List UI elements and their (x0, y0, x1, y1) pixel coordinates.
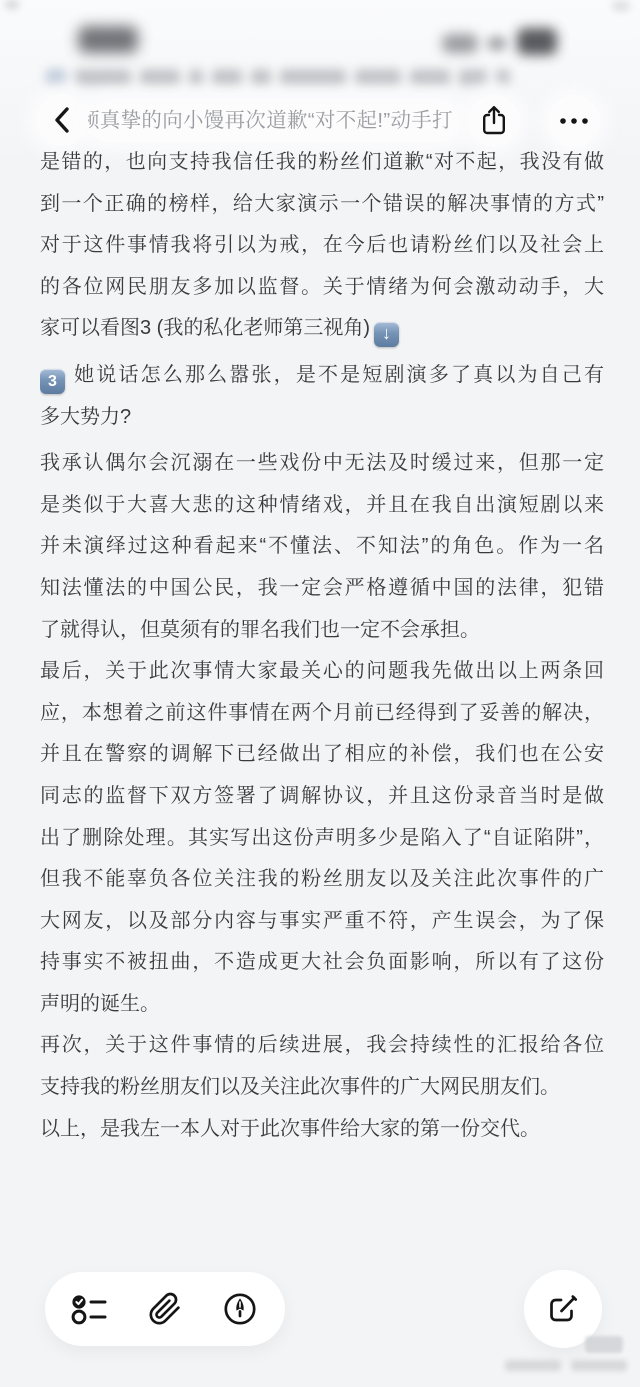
text-line: 知法懂法的中国公民，我一定会严格遵循中国的法律，犯错 (40, 568, 604, 610)
back-button[interactable] (36, 94, 88, 146)
text-line: 大网友，以及部分内容与事实严重不符，产生误会，为了保 (40, 901, 604, 943)
text-run: 但我不能辜负各位关注我的粉丝朋友以及关注此次事件的广 (40, 868, 604, 890)
text-run: 是类似于大喜大悲的这种情绪戏，并且在我自出演短剧以来 (40, 494, 604, 516)
note-title: 频真挚的向小馒再次道歉“对不起!”动手打 (88, 99, 460, 143)
text-line: 是类似于大喜大悲的这种情绪戏，并且在我自出演短剧以来 (40, 485, 604, 527)
text-run: 知法懂法的中国公民，我一定会严格遵循中国的法律，犯错 (40, 577, 604, 599)
text-line: 再次，关于这件事情的后续进展，我会持续性的汇报给各位 (40, 1025, 604, 1067)
text-run: 同志的监督下双方签署了调解协议，并且这份录音当时是做 (40, 785, 604, 807)
text-run: 支持我的粉丝朋友们以及关注此次事件的广大网民朋友们。 (40, 1076, 560, 1098)
text-run: 再次，关于这件事情的后续进展，我会持续性的汇报给各位 (40, 1034, 604, 1056)
chevron-left-icon (51, 106, 73, 134)
text-line: 对于这件事情我将引以为戒，在今后也请粉丝们以及社会上 (40, 225, 604, 267)
text-line: 但我不能辜负各位关注我的粉丝朋友以及关注此次事件的广 (40, 859, 604, 901)
text-line: 应，本想着之前这件事情在两个月前已经得到了妥善的解决， (40, 693, 604, 735)
text-line: 到一个正确的榜样，给大家演示一个错误的解决事情的方式” (40, 184, 604, 226)
text-run: 声明的诞生。 (40, 993, 160, 1015)
share-button[interactable] (468, 95, 520, 147)
text-line: 最后，关于此次事情大家最关心的问题我先做出以上两条回 (40, 651, 604, 693)
text-run: 家可以看图3 (我的私化老师第三视角) (40, 317, 370, 339)
more-horizontal-icon (558, 116, 590, 126)
watermark-badge (585, 1336, 623, 1353)
text-run: 我承认偶尔会沉溺在一些戏份中无法及时缓过来，但那一定 (40, 452, 604, 474)
note-title-text: 频真挚的向小馒再次道歉“对不起!”动手打 (88, 99, 460, 143)
text-line: 3她说话怎么那么嚣张，是不是短剧演多了真以为自己有 (40, 355, 604, 397)
pen-tool-icon (222, 1291, 258, 1327)
status-signal-blurred (442, 34, 478, 53)
corner-mark-left (5, 0, 19, 9)
text-run: 并未演绎过这种看起来“不懂法、不知法”的角色。作为一名 (40, 535, 604, 557)
text-run: 持事实不被扭曲，不造成更大社会负面影响，所以有了这份 (40, 951, 604, 973)
text-run: 以上，是我左一本人对于此次事件给大家的第一份交代。 (40, 1118, 540, 1140)
text-line: 我承认偶尔会沉溺在一些戏份中无法及时缓过来，但那一定 (40, 443, 604, 485)
text-run: 到一个正确的榜样，给大家演示一个错误的解决事情的方式” (40, 193, 604, 215)
text-run: 多大势力? (40, 406, 131, 428)
paragraph: 以上，是我左一本人对于此次事件给大家的第一份交代。 (40, 1109, 604, 1151)
keycap-3-emoji: 3 (40, 369, 65, 394)
text-line: 出了删除处理。其实写出这份声明多少是陷入了“自证陷阱”， (40, 818, 604, 860)
compose-icon (545, 1291, 581, 1327)
app-screen: 频真挚的向小馒再次道歉“对不起!”动手打 是错的，也向支持我信任我的粉丝们道歉“… (0, 0, 640, 1387)
paragraph: 我承认偶尔会沉溺在一些戏份中无法及时缓过来，但那一定是类似于大喜大悲的这种情绪戏… (40, 443, 604, 651)
text-line: 并未演绎过这种看起来“不懂法、不知法”的角色。作为一名 (40, 526, 604, 568)
checklist-icon (71, 1293, 109, 1326)
statement-text: 是错的，也向支持我信任我的粉丝们道歉“对不起，我没有做到一个正确的榜样，给大家演… (40, 142, 604, 1150)
text-run: 并且在警察的调解下已经做出了相应的补偿，我们也在公安 (40, 743, 604, 765)
text-run: 出了删除处理。其实写出这份声明多少是陷入了“自证陷阱”， (40, 827, 604, 849)
text-run: 大网友，以及部分内容与事实严重不符，产生误会，为了保 (40, 910, 604, 932)
text-line: 声明的诞生。 (40, 984, 604, 1026)
text-run: 是错的，也向支持我信任我的粉丝们道歉“对不起，我没有做 (40, 151, 604, 173)
text-line: 支持我的粉丝朋友们以及关注此次事件的广大网民朋友们。 (40, 1067, 604, 1109)
text-run: 最后，关于此次事情大家最关心的问题我先做出以上两条回 (40, 660, 604, 682)
text-run: 应，本想着之前这件事情在两个月前已经得到了妥善的解决， (40, 702, 604, 724)
more-button[interactable] (548, 95, 600, 147)
text-line: 多大势力? (40, 397, 604, 439)
checklist-button[interactable] (63, 1282, 117, 1336)
watermark-text-blurred (505, 1360, 627, 1371)
status-wifi-blurred (487, 36, 507, 51)
text-run: 了就得认，但莫须有的罪名我们也一定不会承担。 (40, 619, 480, 641)
text-line: 是错的，也向支持我信任我的粉丝们道歉“对不起，我没有做 (40, 142, 604, 184)
paragraph: 是错的，也向支持我信任我的粉丝们道歉“对不起，我没有做到一个正确的榜样，给大家演… (40, 142, 604, 350)
pen-tool-button[interactable] (213, 1282, 267, 1336)
text-line: 并且在警察的调解下已经做出了相应的补偿，我们也在公安 (40, 734, 604, 776)
text-line: 家可以看图3 (我的私化老师第三视角)↓ (40, 308, 604, 350)
corner-mark-right (612, 1, 630, 11)
text-run: 对于这件事情我将引以为戒，在今后也请粉丝们以及社会上 (40, 234, 604, 256)
text-line: 持事实不被扭曲，不造成更大社会负面影响，所以有了这份 (40, 942, 604, 984)
text-line: 同志的监督下双方签署了调解协议，并且这份录音当时是做 (40, 776, 604, 818)
paragraph: 最后，关于此次事情大家最关心的问题我先做出以上两条回应，本想着之前这件事情在两个… (40, 651, 604, 1025)
text-line: 的各位网民朋友多加以监督。关于情绪为何会激动动手，大 (40, 267, 604, 309)
share-icon (480, 105, 508, 137)
paperclip-icon (148, 1292, 182, 1326)
text-run: 她说话怎么那么嚣张，是不是短剧演多了真以为自己有 (72, 364, 604, 386)
status-battery-blurred (517, 28, 557, 55)
blurred-text-line (46, 66, 620, 89)
paragraph: 再次，关于这件事情的后续进展，我会持续性的汇报给各位支持我的粉丝朋友们以及关注此… (40, 1025, 604, 1108)
paragraph: 3她说话怎么那么嚣张，是不是短剧演多了真以为自己有多大势力? (40, 355, 604, 438)
bottom-toolbar (45, 1272, 285, 1346)
text-line: 以上，是我左一本人对于此次事件给大家的第一份交代。 (40, 1109, 604, 1151)
status-time-blurred (78, 26, 138, 53)
text-run: 的各位网民朋友多加以监督。关于情绪为何会激动动手，大 (40, 276, 604, 298)
attachment-button[interactable] (138, 1282, 192, 1336)
text-line: 了就得认，但莫须有的罪名我们也一定不会承担。 (40, 610, 604, 652)
down-arrow-emoji: ↓ (374, 322, 399, 347)
